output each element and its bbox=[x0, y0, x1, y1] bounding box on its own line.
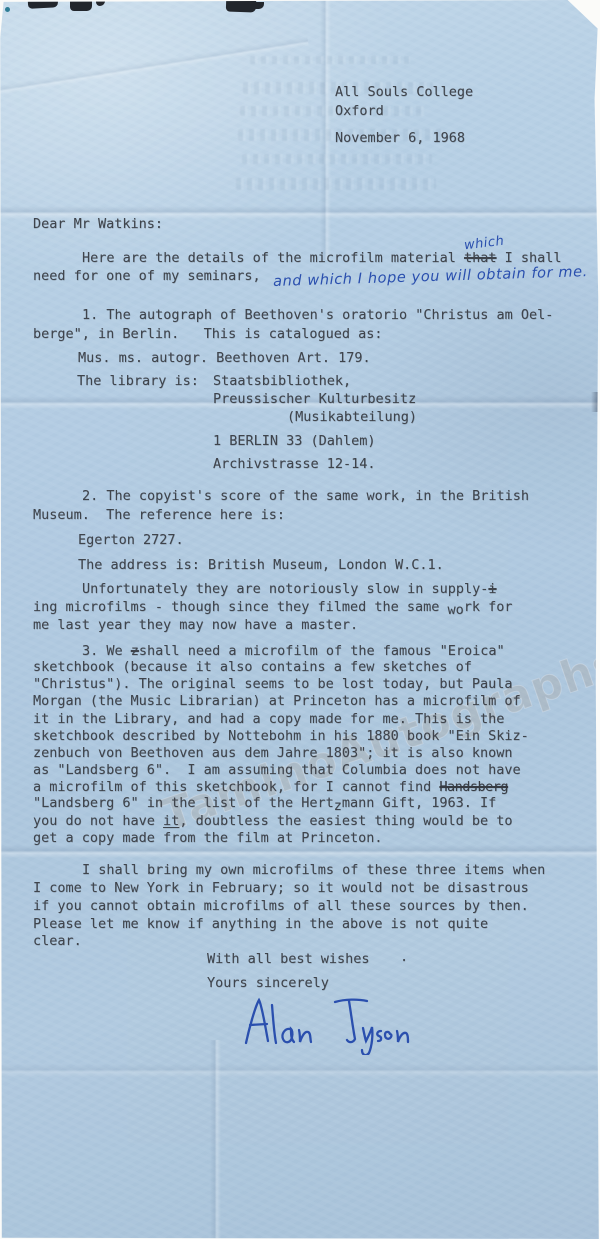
struck-char: z bbox=[131, 643, 139, 659]
fold-shadow-notch bbox=[591, 392, 600, 412]
typed-text: you do not have bbox=[33, 813, 163, 829]
library-address-1: 1 BERLIN 33 (Dahlem) bbox=[213, 433, 376, 450]
typed-text: a microfilm of this sketchbook, for I ca… bbox=[33, 779, 439, 795]
paper-tear bbox=[252, 2, 264, 9]
body-line: sketchbook (because it also contains a f… bbox=[33, 659, 472, 676]
letter-date: November 6, 1968 bbox=[335, 130, 465, 147]
fold-crease bbox=[0, 1064, 600, 1077]
subscript-char: z bbox=[334, 798, 342, 814]
museum-address: The address is: British Museum, London W… bbox=[78, 557, 444, 574]
signature-strokes bbox=[238, 993, 410, 1055]
underlined-word: it bbox=[163, 813, 179, 829]
typed-text: Here are the details of the microfilm ma… bbox=[82, 250, 464, 266]
body-line: I shall bring my own microfilms of these… bbox=[82, 862, 545, 879]
body-line: 2. The copyist's score of the same work,… bbox=[82, 488, 529, 505]
body-line: clear. bbox=[33, 933, 82, 950]
body-line: Here are the details of the microfilm ma… bbox=[82, 250, 562, 267]
library-name: Staatsbibliothek, bbox=[213, 373, 351, 390]
body-line: sketchbook described by Nottebohm in his… bbox=[33, 728, 529, 745]
body-line: "Landsberg 6" in the list of the Hertzma… bbox=[33, 795, 496, 812]
paper-tear bbox=[28, 0, 58, 9]
body-line: if you cannot obtain microfilms of all t… bbox=[33, 898, 529, 915]
scan-background: TaminoAutographs All Souls College Oxfor… bbox=[0, 0, 600, 1239]
body-line: Morgan (the Music Librarian) at Princeto… bbox=[33, 693, 521, 710]
typed-text: , doubtless the easiest thing would be t… bbox=[179, 813, 512, 829]
body-line: 3. We zshall need a microfilm of the fam… bbox=[82, 643, 505, 660]
body-line: it in the Library, and had a copy made f… bbox=[33, 711, 504, 728]
body-line: ing microfilms - though since they filme… bbox=[33, 599, 513, 616]
closing-sincerely: Yours sincerely bbox=[207, 975, 329, 992]
library-name-2: Preussischer Kulturbesitz bbox=[213, 391, 416, 408]
body-line: I come to New York in February; so it wo… bbox=[33, 880, 529, 897]
body-line: as "Landsberg 6". I am assuming that Col… bbox=[33, 762, 521, 779]
salutation: Dear Mr Watkins: bbox=[33, 216, 163, 233]
body-line: you do not have it, doubtless the easies… bbox=[33, 813, 513, 830]
body-line: need for one of my seminars,and which I … bbox=[33, 268, 587, 285]
letterhead-institution: All Souls College bbox=[335, 84, 473, 101]
struck-word-anchor: thatwhich bbox=[464, 250, 497, 267]
body-line: me last year they may now have a master. bbox=[33, 617, 358, 634]
ghost-typing-impression bbox=[236, 178, 436, 190]
body-line: berge", in Berlin. This is catalogued as… bbox=[33, 326, 383, 343]
body-line: Please let me know if anything in the ab… bbox=[33, 916, 488, 933]
crossed-out-word: Handsberg bbox=[439, 779, 508, 795]
dropped-chars: wo bbox=[448, 602, 464, 618]
closing-wishes: With all best wishes bbox=[207, 951, 370, 968]
typed-text: "Landsberg 6" in the list of the Hert bbox=[33, 795, 334, 811]
struck-char: i bbox=[488, 581, 496, 597]
ghost-typing-impression bbox=[242, 154, 432, 164]
body-line: zenbuch von Beethoven aus dem Jahre 1803… bbox=[33, 745, 513, 762]
letter-paper: TaminoAutographs All Souls College Oxfor… bbox=[0, 0, 600, 1239]
body-line: get a copy made from the film at Princet… bbox=[33, 830, 383, 847]
library-address-2: Archivstrasse 12-14. bbox=[213, 456, 376, 473]
letterhead-city: Oxford bbox=[335, 103, 384, 120]
library-label: The library is: bbox=[77, 373, 199, 390]
signature: Alan Tyson bbox=[238, 993, 410, 1055]
paper-tear bbox=[96, 1, 105, 6]
body-line: a microfilm of this sketchbook, for I ca… bbox=[33, 779, 508, 796]
body-line: Museum. The reference here is: bbox=[33, 507, 285, 524]
body-line: "Christus"). The original seems to be lo… bbox=[33, 676, 513, 693]
typed-text: shall need a microfilm of the famous "Er… bbox=[139, 643, 505, 659]
catalog-reference: Egerton 2727. bbox=[78, 532, 184, 549]
body-line: Unfortunately they are notoriously slow … bbox=[82, 581, 497, 598]
body-line: 1. The autograph of Beethoven's oratorio… bbox=[82, 307, 553, 324]
typed-text: mann Gift, 1963. If bbox=[342, 795, 496, 811]
typed-text: 3. We bbox=[82, 643, 131, 659]
library-dept: (Musikabteilung) bbox=[287, 409, 417, 426]
ghost-typing-impression bbox=[240, 106, 425, 116]
typed-text: I shall bbox=[497, 250, 562, 266]
typed-text: rk for bbox=[464, 599, 513, 615]
fold-crease bbox=[210, 1040, 221, 1239]
typed-text: ing microfilms - though since they filme… bbox=[33, 599, 448, 615]
paper-tear bbox=[70, 0, 92, 11]
stray-period: . bbox=[400, 949, 408, 966]
typed-text: need for one of my seminars, bbox=[33, 268, 261, 284]
typed-text: Unfortunately they are notoriously slow … bbox=[82, 581, 488, 597]
catalog-reference: Mus. ms. autogr. Beethoven Art. 179. bbox=[78, 350, 371, 367]
ink-speck bbox=[5, 7, 10, 12]
ghost-typing-impression bbox=[250, 56, 410, 64]
handwritten-note: and which I hope you will obtain for me. bbox=[272, 264, 587, 291]
